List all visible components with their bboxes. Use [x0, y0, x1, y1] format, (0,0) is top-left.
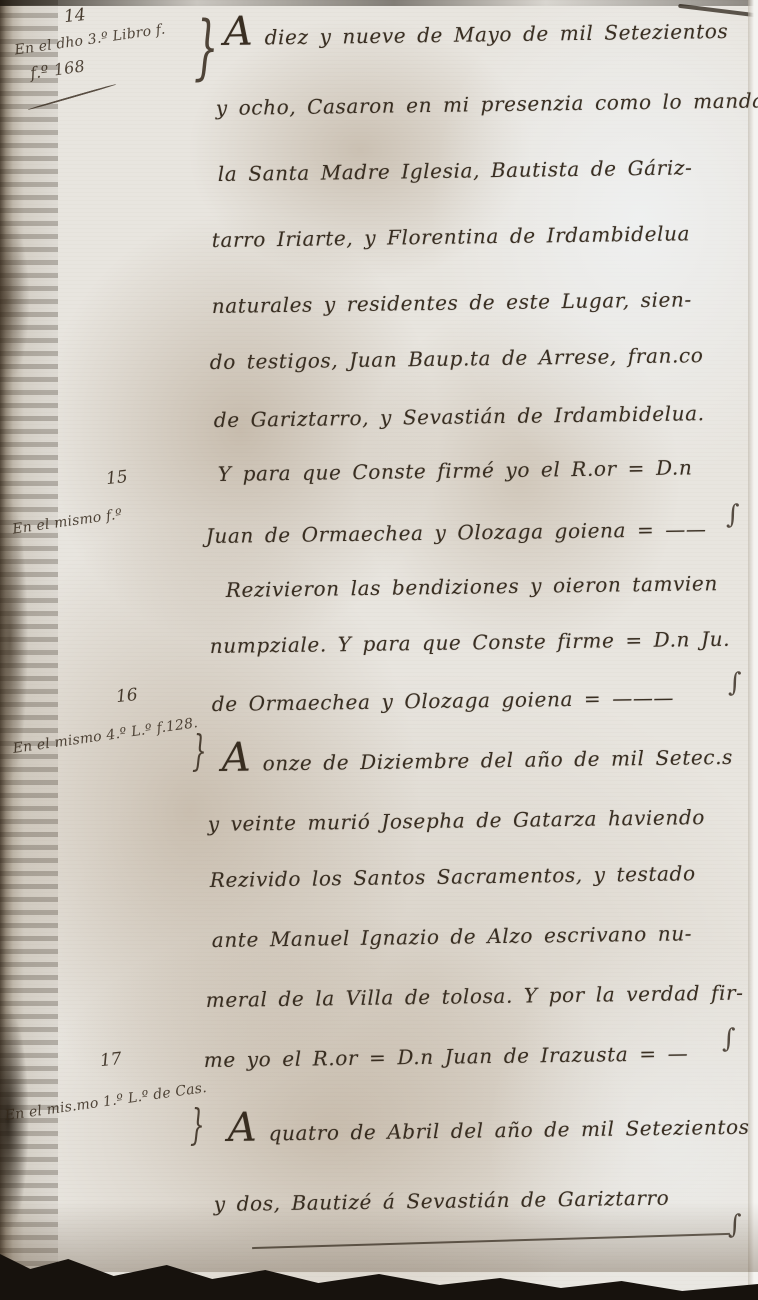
- manuscript-page: 14 En el dho 3.º Libro f. f.º 168 } 15 E…: [0, 0, 758, 1300]
- manuscript-line: de Ormaechea y Olozaga goiena = ———: [212, 686, 675, 716]
- flourish-hook: ∫: [728, 668, 742, 698]
- flourish-hook: ∫: [728, 1210, 742, 1240]
- manuscript-line: naturales y residentes de este Lugar, si…: [212, 287, 692, 318]
- margin-entry-number: 14: [63, 5, 87, 27]
- manuscript-line: y veinte murió Josepha de Gatarza havien…: [208, 805, 705, 836]
- flourish-hook: ∫: [726, 500, 740, 530]
- manuscript-line: tarro Iriarte, y Florentina de Irdambide…: [212, 221, 691, 252]
- manuscript-line: Rezivieron las bendiziones y oieron tamv…: [226, 571, 718, 602]
- manuscript-line: Juan de Ormaechea y Olozaga goiena = ——: [206, 517, 707, 548]
- manuscript-line: ante Manuel Ignazio de Alzo escrivano nu…: [212, 921, 693, 952]
- entry-brace: }: [194, 12, 219, 82]
- manuscript-line: numpziale. Y para que Conste firme = D.n…: [210, 627, 731, 658]
- margin-entry-number: 16: [115, 685, 139, 707]
- margin-entry-number: 15: [105, 467, 129, 489]
- flourish-hook: ∫: [722, 1024, 736, 1054]
- manuscript-line: A diez y nueve de Mayo de mil Seteziento…: [224, 19, 729, 50]
- manuscript-line: de Gariztarro, y Sevastián de Irdambidel…: [214, 401, 705, 432]
- torn-top-edge: [0, 0, 758, 6]
- manuscript-line: Y para que Conste firmé yo el R.or = D.n: [218, 455, 693, 486]
- manuscript-line: me yo el R.or = D.n Juan de Irazusta = —: [204, 1041, 689, 1072]
- manuscript-line: Rezivido los Santos Sacramentos, y testa…: [210, 861, 696, 892]
- manuscript-line: la Santa Madre Iglesia, Bautista de Gári…: [218, 155, 693, 186]
- manuscript-line: meral de la Villa de tolosa. Y por la ve…: [206, 980, 744, 1012]
- manuscript-line: A onze de Diziembre del año de mil Setec…: [222, 745, 733, 776]
- margin-entry-number: 17: [99, 1049, 123, 1071]
- manuscript-line: y ocho, Casaron en mi presenzia como lo …: [216, 88, 758, 120]
- entry-brace: }: [192, 730, 207, 772]
- page-right-edge: [748, 0, 758, 1300]
- manuscript-line: do testigos, Juan Baup.ta de Arrese, fra…: [210, 343, 704, 374]
- entry-brace: }: [190, 1104, 205, 1146]
- manuscript-line: A quatro de Abril del año de mil Setezie…: [228, 1115, 750, 1146]
